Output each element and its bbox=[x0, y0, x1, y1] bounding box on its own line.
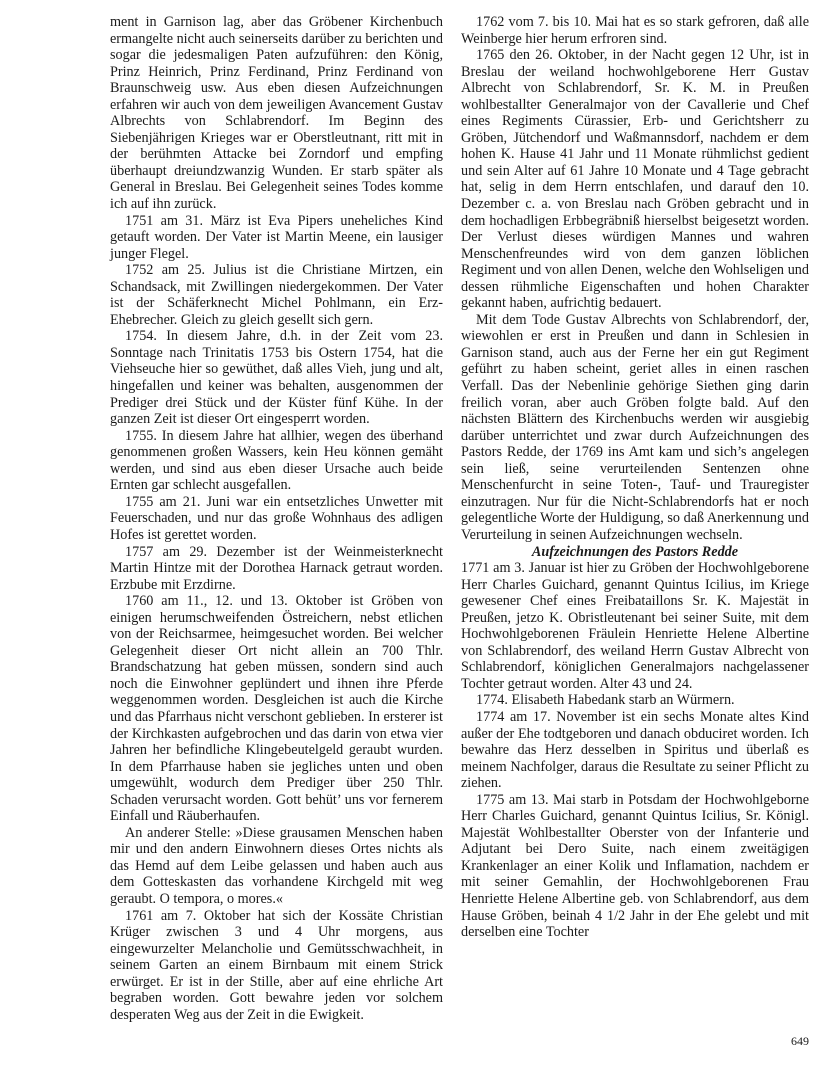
book-page: ment in Garnison lag, aber das Gröbener … bbox=[0, 0, 819, 1065]
paragraph: An anderer Stelle: »Diese grausamen Mens… bbox=[110, 825, 443, 908]
section-heading: Aufzeichnungen des Pastors Redde bbox=[461, 544, 809, 561]
paragraph: 1774 am 17. November ist ein sechs Monat… bbox=[461, 709, 809, 792]
right-column: 1762 vom 7. bis 10. Mai hat es so stark … bbox=[461, 14, 809, 941]
paragraph: 1752 am 25. Julius ist die Christiane Mi… bbox=[110, 262, 443, 328]
paragraph: 1771 am 3. Januar ist hier zu Gröben der… bbox=[461, 560, 809, 692]
page-number: 649 bbox=[760, 1034, 809, 1049]
paragraph: 1765 den 26. Oktober, in der Nacht gegen… bbox=[461, 47, 809, 312]
paragraph: 1755 am 21. Juni war ein entsetzliches U… bbox=[110, 494, 443, 544]
paragraph: 1762 vom 7. bis 10. Mai hat es so stark … bbox=[461, 14, 809, 47]
paragraph: 1774. Elisabeth Habedank starb an Würmer… bbox=[461, 692, 809, 709]
paragraph: ment in Garnison lag, aber das Gröbener … bbox=[110, 14, 443, 213]
paragraph: Mit dem Tode Gustav Albrechts von Schlab… bbox=[461, 312, 809, 544]
paragraph: 1755. In diesem Jahre hat allhier, wegen… bbox=[110, 428, 443, 494]
paragraph: 1761 am 7. Oktober hat sich der Kossäte … bbox=[110, 908, 443, 1024]
paragraph: 1757 am 29. Dezember ist der Weinmeister… bbox=[110, 544, 443, 594]
paragraph: 1775 am 13. Mai starb in Potsdam der Hoc… bbox=[461, 792, 809, 941]
paragraph: 1751 am 31. März ist Eva Pipers unehelic… bbox=[110, 213, 443, 263]
left-column: ment in Garnison lag, aber das Gröbener … bbox=[110, 14, 443, 1023]
paragraph: 1754. In diesem Jahre, d.h. in der Zeit … bbox=[110, 328, 443, 427]
paragraph: 1760 am 11., 12. und 13. Oktober ist Grö… bbox=[110, 593, 443, 825]
